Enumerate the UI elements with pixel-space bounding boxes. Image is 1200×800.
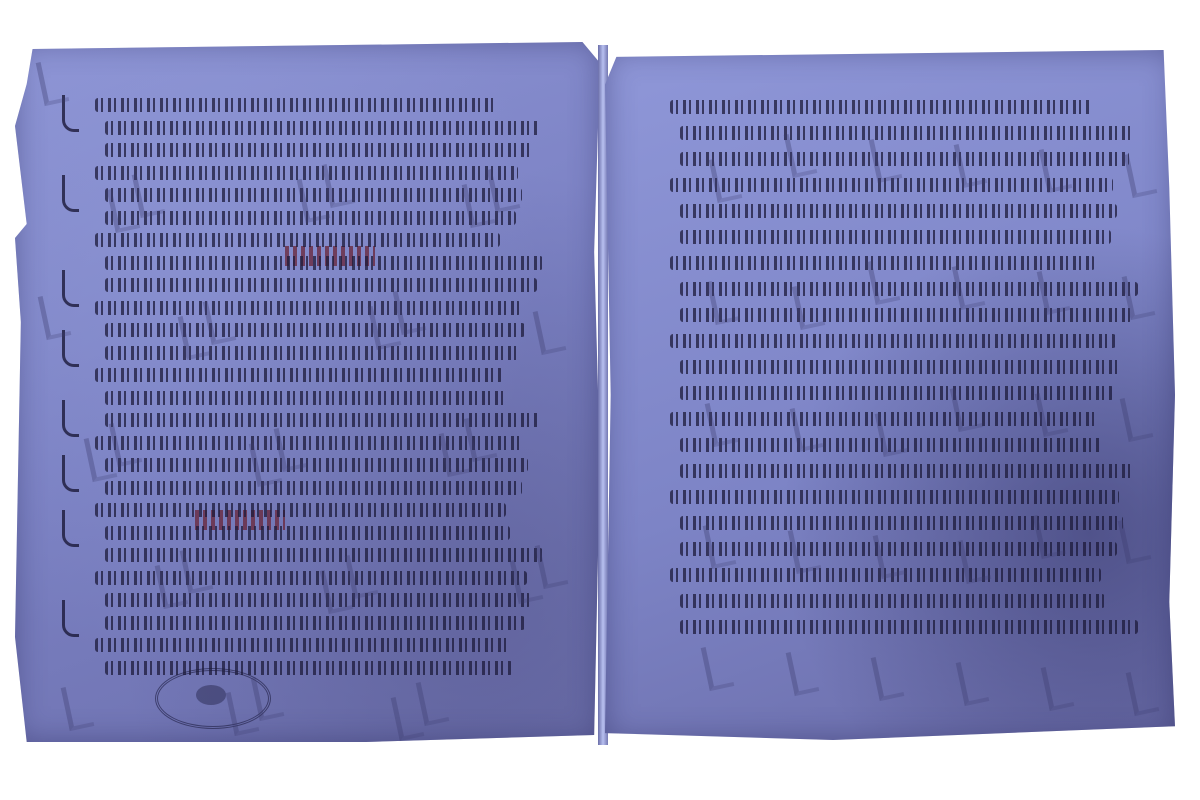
script-line <box>105 121 540 135</box>
initial-letter <box>62 175 79 212</box>
script-line <box>95 503 506 517</box>
script-line <box>680 204 1117 218</box>
script-line <box>680 126 1135 140</box>
script-line <box>105 481 522 495</box>
initial-letter <box>62 455 79 492</box>
script-line <box>95 638 509 652</box>
script-line <box>105 346 519 360</box>
initial-letter <box>62 400 79 437</box>
script-line <box>105 143 534 157</box>
script-line <box>670 100 1092 114</box>
script-line <box>670 490 1119 504</box>
script-line <box>105 256 543 270</box>
script-line <box>680 594 1105 608</box>
script-line <box>95 233 500 247</box>
initial-letter <box>62 510 79 547</box>
script-line <box>95 368 503 382</box>
initial-letter <box>62 270 79 307</box>
script-line <box>105 661 513 675</box>
script-line <box>105 278 537 292</box>
script-line <box>95 98 497 112</box>
script-line <box>680 620 1138 634</box>
script-line <box>105 526 510 540</box>
script-line <box>680 282 1138 296</box>
initial-letter <box>62 600 79 637</box>
script-line <box>105 548 543 562</box>
script-line <box>680 360 1120 374</box>
script-line <box>105 391 507 405</box>
script-line <box>680 230 1111 244</box>
script-line <box>680 464 1135 478</box>
script-line <box>105 616 525 630</box>
script-line <box>95 301 521 315</box>
script-line <box>670 334 1116 348</box>
script-line <box>105 323 525 337</box>
